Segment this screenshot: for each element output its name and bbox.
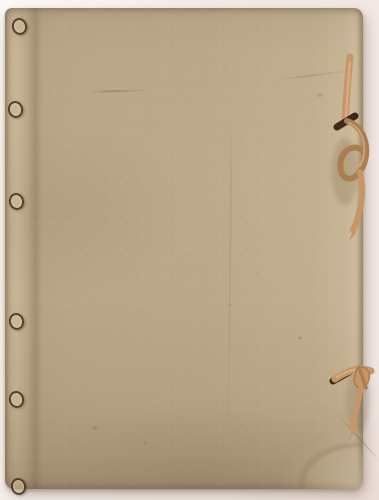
sewing-support-loop	[10, 16, 29, 36]
vellum-grain-texture	[5, 8, 363, 489]
vellum-book-cover	[5, 8, 363, 489]
stain-marks	[5, 8, 363, 489]
sewing-support-loop	[7, 191, 26, 211]
photograph-backdrop	[0, 0, 379, 500]
crease-line-vertical	[227, 108, 232, 438]
sewing-support-loop	[9, 476, 28, 496]
sewing-support-loop	[7, 389, 26, 409]
crease-line-diagonal	[273, 69, 357, 81]
sewing-support-loop	[6, 99, 25, 119]
sewing-support-loop	[7, 311, 26, 331]
corner-fold-crease	[334, 410, 379, 463]
crease-line-horizontal	[90, 89, 152, 93]
